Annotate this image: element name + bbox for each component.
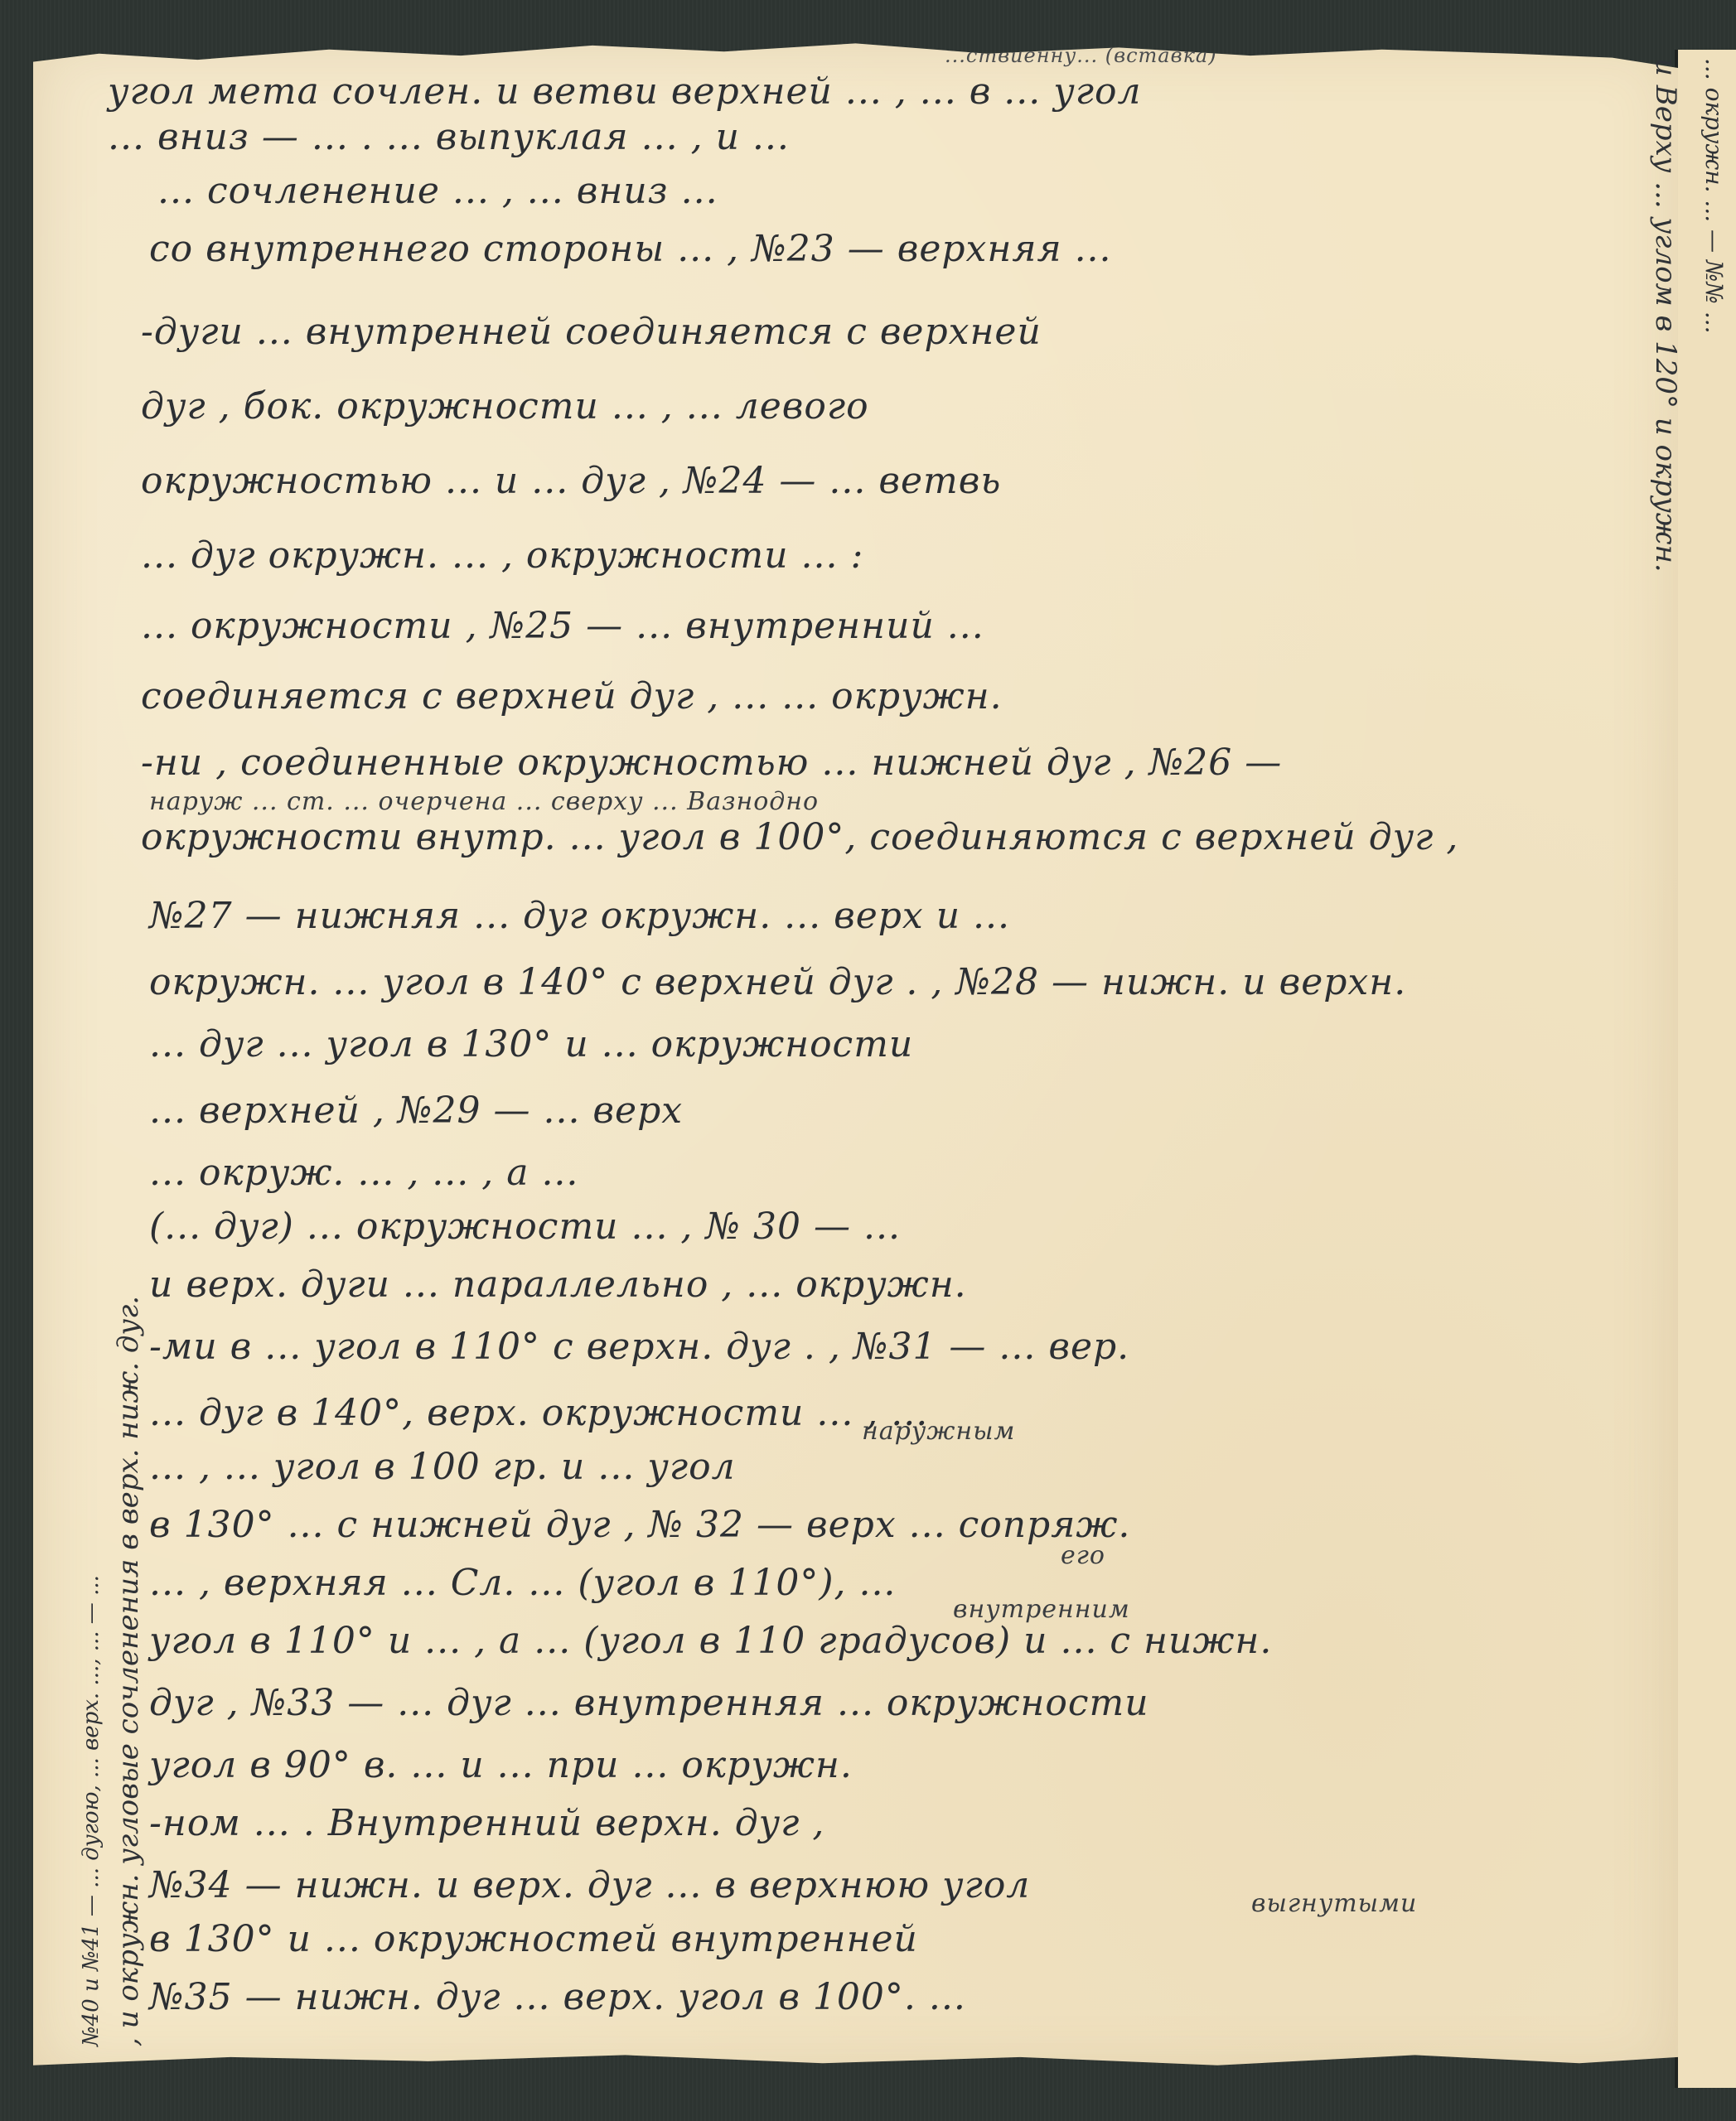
text-line-8: ... дуг окружн. ... , окружности ... : xyxy=(141,534,863,577)
text-line-28: -ном ... . Внутренний верхн. дуг , xyxy=(149,1802,824,1844)
left-margin-upper: , и окружн. угловые сочленения в верх. н… xyxy=(112,1296,145,2046)
text-line-16: ... верхней , №29 — ... верх xyxy=(149,1089,683,1132)
right-margin-upper: и Верху ... углом в 120° и окружн. xyxy=(1649,58,1682,573)
insertion-line-35: выгнутыми xyxy=(1251,1889,1417,1918)
text-line-9: ... окружности , №25 — ... внутренний ..… xyxy=(141,605,984,647)
text-line-10: соединяется с верхней дуг , ... ... окру… xyxy=(141,675,1003,717)
text-line-12: окружности внутр. ... угол в 100°, соеди… xyxy=(141,816,1458,858)
text-line-31: №35 — нижн. дуг ... верх. угол в 100°. .… xyxy=(149,1976,966,2018)
left-margin-note: , и окружн. угловые сочленения в верх. н… xyxy=(112,1296,145,2046)
text-line-21: ... дуг в 140°, верх. окружности ... , .… xyxy=(149,1392,928,1434)
text-line-15: ... дуг ... угол в 130° и ... окружности xyxy=(149,1023,913,1065)
text-line-30: в 130° и ... окружностей внутренней xyxy=(149,1918,918,1960)
text-line-4: со внутреннего стороны ... , №23 — верхн… xyxy=(149,228,1112,270)
text-line-7: окружностью ... и ... дуг , №24 — ... ве… xyxy=(141,460,1001,502)
text-line-22: ... , ... угол в 100 гр. и ... угол xyxy=(149,1446,736,1488)
adjacent-page-edge xyxy=(1675,50,1736,2088)
text-line-26: дуг , №33 — ... дуг ... внутренняя ... о… xyxy=(149,1682,1149,1724)
insertion-line-27: наруж ... ст. ... очерчена ... сверху ..… xyxy=(149,787,819,816)
right-margin-note-lower: ... окружн. ... — №№ ... xyxy=(1700,58,1728,334)
text-line-24: ... , верхняя ... Сл. ... (угол в 110°),… xyxy=(149,1562,896,1604)
manuscript-page: ...ствиенну... (вставка) угол мета сочле… xyxy=(33,37,1678,2080)
text-line-14: окружн. ... угол в 140° с верхней дуг . … xyxy=(149,961,1406,1003)
text-line-23: в 130° ... с нижней дуг , № 32 — верх ..… xyxy=(149,1504,1130,1546)
text-line-13: №27 — нижняя ... дуг окружн. ... верх и … xyxy=(149,895,1010,937)
text-line-3: ... сочленение ... , ... вниз ... xyxy=(157,170,718,212)
text-line-20: -ми в ... угол в 110° с верхн. дуг . , №… xyxy=(149,1326,1129,1368)
text-line-6: дуг , бок. окружности ... , ... левого xyxy=(141,385,869,428)
left-margin-note-lower: №40 и №41 — ... дугою, ... верх. ..., ..… xyxy=(79,1575,104,2046)
right-margin-note: и Верху ... углом в 120° и окружн. xyxy=(1649,58,1682,573)
insertion-line-32: его xyxy=(1061,1541,1105,1570)
text-line-17: ... окруж. ... , ... , а ... xyxy=(149,1152,578,1194)
text-line-11: -ни , соединенные окружностью ... нижней… xyxy=(141,742,1282,784)
text-line-2: ... вниз — ... . ... выпуклая ... , и ..… xyxy=(108,116,790,158)
text-line-19: и верх. дуги ... параллельно , ... окруж… xyxy=(149,1263,967,1306)
text-line-5: -дуги ... внутренней соединяется с верхн… xyxy=(141,311,1042,353)
insertion-line-31: наружным xyxy=(862,1417,1015,1446)
text-line-29: №34 — нижн. и верх. дуг ... в верхнюю уг… xyxy=(149,1864,1030,1906)
text-line-1: угол мета сочлен. и ветви верхней ... , … xyxy=(108,70,1142,113)
text-line-25: угол в 110° и ... , а ... (угол в 110 гр… xyxy=(149,1620,1272,1662)
right-margin-lower: ... окружн. ... — №№ ... xyxy=(1700,58,1728,334)
left-margin-lower: №40 и №41 — ... дугою, ... верх. ..., ..… xyxy=(79,1575,104,2046)
text-line-18: (... дуг) ... окружности ... , № 30 — ..… xyxy=(149,1205,901,1248)
text-line-27: угол в 90° в. ... и ... при ... окружн. xyxy=(149,1744,853,1786)
